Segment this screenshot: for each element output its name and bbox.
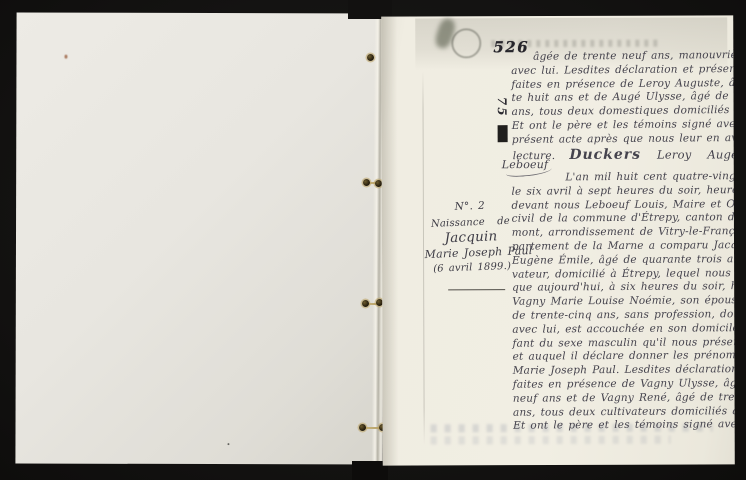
handwriting-line: et auquel il déclare donner les prénoms …: [513, 349, 735, 365]
act-given-names: Marie Joseph Paul: [424, 244, 518, 261]
act-date: (6 avril 1899.): [425, 260, 519, 275]
handwriting-line: neuf ans et de Vagny René, âgé de trente…: [513, 390, 735, 406]
handwriting-line: civil de la commune d'Étrepy, canton de …: [512, 211, 735, 227]
handwriting-line: L'an mil huit cent quatre-vingt-dix-neuf…: [511, 170, 734, 186]
right-register-page: 526 75 âgée de trente neuf ans, manouvri…: [381, 15, 735, 465]
paper-speck: [227, 443, 229, 445]
round-stamp-remnant: [451, 28, 481, 58]
handwriting-line: Vagny Marie Louise Noémie, son épouse, â…: [512, 294, 735, 310]
handwriting-line: partement de la Marne a comparu Jacquin: [512, 238, 735, 254]
margin-note-rule: [448, 289, 505, 290]
binding-fastener: [359, 424, 366, 431]
birth-act-text: L'an mil huit cent quatre-vingt-dix-neuf…: [511, 170, 734, 434]
handwriting-line: Et ont le père et les témoins signé avec…: [513, 418, 735, 434]
handwriting-line: Duckers: [569, 147, 641, 163]
binding-fastener: [367, 54, 374, 61]
handwriting-line: Et ont le père et les témoins signé avec…: [512, 117, 735, 133]
verso-bleedthrough-writing: [431, 436, 671, 445]
handwriting-line: mont, arrondissement de Vitry-le-Françoi…: [512, 225, 735, 241]
handwriting-line: avec lui, est accouchée en son domicile …: [512, 321, 734, 337]
handwriting-line: Marie Joseph Paul. Lesdites déclaration …: [513, 363, 735, 379]
handwriting-line: Augé: [707, 147, 734, 161]
previous-act-text: âgée de trente neuf ans, manouvrière, do…: [511, 48, 735, 147]
paper-speck: [64, 55, 67, 59]
handwriting-line: ans, tous deux cultivateurs domiciliés à…: [513, 404, 735, 420]
handwriting-line: fant du sexe masculin qu'il nous présent…: [512, 335, 734, 351]
handwriting-line: Eugène Émile, âgé de quarante trois ans,…: [512, 252, 735, 268]
handwriting-line: Leroy: [657, 148, 691, 162]
left-blank-page: [15, 13, 383, 465]
act-number: N°. 2: [423, 199, 517, 215]
scanned-register-spread: 526 75 âgée de trente neuf ans, manouvri…: [0, 0, 746, 480]
handwriting-line: vateur, domicilié à Étrepy, lequel nous …: [512, 266, 735, 282]
signatures: DuckersLeroyAugé: [555, 143, 735, 163]
folio-number-stamp: 75: [495, 97, 509, 118]
handwriting-line: que aujourd'hui, à six heures du soir, h…: [512, 280, 735, 296]
handwriting-line: le six avril à sept heures du soir, heur…: [511, 183, 734, 199]
binding-fastener: [363, 179, 370, 186]
folio-stamp-bar: [498, 125, 508, 142]
binding-fastener: [362, 300, 369, 307]
handwriting-line: de trente-cinq ans, sans profession, dom…: [512, 307, 735, 323]
handwriting-line: faites en présence de Vagny Ulysse, âgé …: [513, 376, 735, 392]
margin-note: N°. 2 Naissance de Jacquin Marie Joseph …: [423, 199, 520, 276]
handwriting-line: avec lui. Lesdites déclaration et présen…: [511, 62, 735, 78]
